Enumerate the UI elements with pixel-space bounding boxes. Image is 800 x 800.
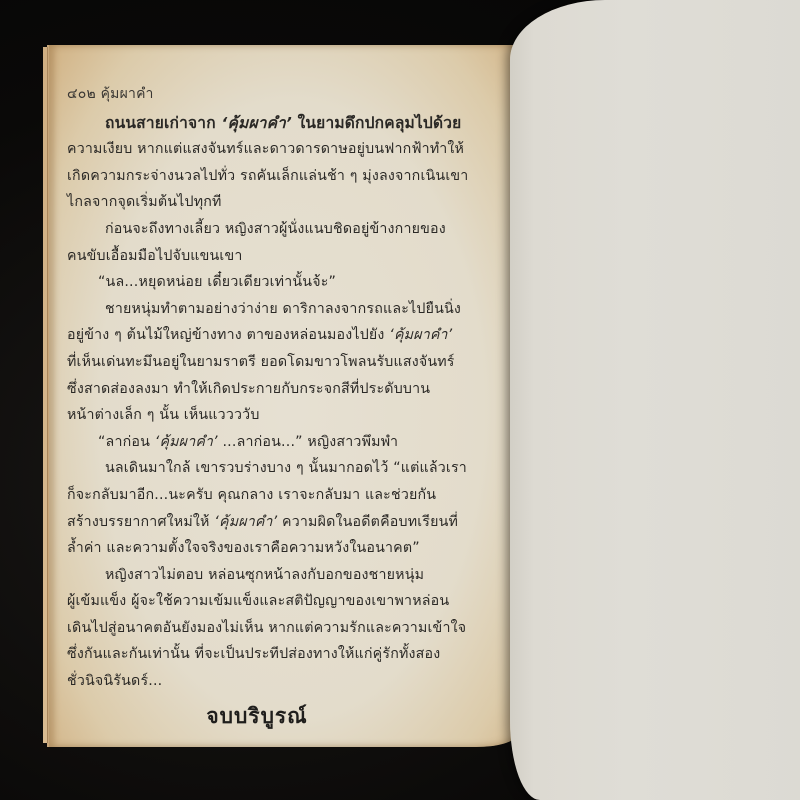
text-line: “นล...หยุดหน่อย เดี๋ยวเดียวเท่านั้นจ้ะ” xyxy=(67,269,437,296)
text-line: ล้ำค่า และความตั้งใจจริงของเราคือความหวั… xyxy=(67,535,437,562)
text-line: ถนนสายเก่าจาก ‘คุ้มผาคำ’ ในยามดึกปกคลุมไ… xyxy=(67,110,437,137)
right-book-page-blank xyxy=(510,0,800,800)
text-line: ไกลจากจุดเริ่มต้นไปทุกที xyxy=(67,189,437,216)
text-line: หน้าต่างเล็ก ๆ นั้น เห็นแววววับ xyxy=(67,402,437,429)
text-line: นลเดินมาใกล้ เขารวบร่างบาง ๆ นั้นมากอดไว… xyxy=(67,455,437,482)
text-line: เดินไปสู่อนาคตอันยังมองไม่เห็น หากแต่ควา… xyxy=(67,615,437,642)
text-line: หญิงสาวไม่ตอบ หล่อนซุกหน้าลงกับอกของชายห… xyxy=(67,562,437,589)
text-line: ชายหนุ่มทำตามอย่างว่าง่าย ดาริกาลงจากรถแ… xyxy=(67,296,437,323)
text-line: เกิดความกระจ่างนวลไปทั่ว รถคันเล็กแล่นช้… xyxy=(67,163,437,190)
text-line: ก่อนจะถึงทางเลี้ยว หญิงสาวผู้นั่งแนบชิดอ… xyxy=(67,216,437,243)
text-line: ซึ่งกันและกันเท่านั้น ที่จะเป็นประทีปส่อ… xyxy=(67,641,437,668)
text-line: ความเงียบ หากแต่แสงจันทร์และดาวดารดาษอยู… xyxy=(67,136,437,163)
end-title: จบบริบูรณ์ xyxy=(67,703,437,730)
text-line: ผู้เข้มแข็ง ผู้จะใช้ความเข้มแข็งและสติปั… xyxy=(67,588,437,615)
text-line: ที่เห็นเด่นทะมึนอยู่ในยามราตรี ยอดโดมขาว… xyxy=(67,349,437,376)
text-line: ชั่วนิจนิรันดร์... xyxy=(67,668,437,695)
text-line: ซึ่งสาดส่องลงมา ทำให้เกิดประกายกับกระจกส… xyxy=(67,376,437,403)
text-line: คนขับเอื้อมมือไปจับแขนเขา xyxy=(67,243,437,270)
page-header: ๔๐๒ คุ้มผาคำ xyxy=(67,81,437,108)
text-line: “ลาก่อน ‘คุ้มผาคำ’ ...ลาก่อน...” หญิงสาว… xyxy=(67,429,437,456)
text-line: ก็จะกลับมาอีก...นะครับ คุณกลาง เราจะกลับ… xyxy=(67,482,437,509)
page-text: ๔๐๒ คุ้มผาคำ ถนนสายเก่าจาก ‘คุ้มผาคำ’ ใน… xyxy=(67,81,437,729)
text-line: อยู่ข้าง ๆ ต้นไม้ใหญ่ข้างทาง ตาของหล่อนม… xyxy=(67,322,437,349)
text-line: สร้างบรรยากาศใหม่ให้ ‘คุ้มผาคำ’ ความผิดใ… xyxy=(67,509,437,536)
